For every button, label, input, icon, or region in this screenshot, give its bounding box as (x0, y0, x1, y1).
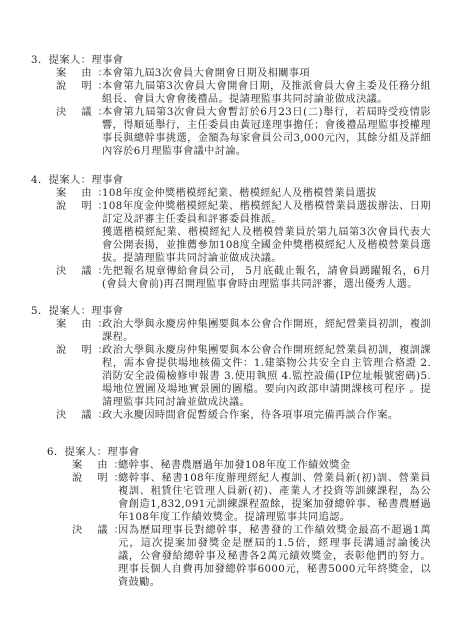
proposal-header: 3．提案人：理事會 (31, 54, 431, 67)
proposal-resolution: 決 議： 政大永慶因時間倉促暫緩合作案，待各項事項完備再談合作案。 (31, 409, 431, 422)
document-page: 3．提案人：理事會 案 由： 本會第九屆3次會員大會開會日期及相關事項 說 明：… (0, 0, 452, 640)
item-label: 決 議： (31, 265, 102, 291)
item-label: 案 由： (31, 318, 102, 344)
proposal-subject: 案 由： 本會第九屆3次會員大會開會日期及相關事項 (31, 67, 431, 80)
item-text: 因為歷屆理事長對總幹事，秘書發的工作績效獎金最高不超過1萬元，這次提案加發獎金是… (118, 524, 431, 589)
item-text: 政大永慶因時間倉促暫緩合作案，待各項事項完備再談合作案。 (102, 409, 431, 422)
item-label: 案 由： (47, 459, 118, 472)
item-text: 本會第九屆第3次會員大會暫訂於6月23日(二)舉行，若屆時受疫情影響，得順延舉行… (102, 106, 431, 158)
item-label: 案 由： (31, 187, 102, 200)
proposal-explanation: 說 明： 本會第九屆第3次會員大會開會日期，及推派會員大會主委及任務分組組長、會… (31, 80, 431, 106)
proposal-subject: 案 由： 總幹事、秘書農曆過年加發108年度工作績效獎金 (47, 459, 431, 472)
item-text: 108年度金仲獎楷模經紀業、楷模經紀人及楷模營業員選拔 (102, 187, 431, 200)
item-text: 政治大學與永慶房仲集團要與本公會合作開班，經紀營業員初訓，複訓課程。 (102, 318, 431, 344)
item-text: 本會第九屆3次會員大會開會日期及相關事項 (102, 67, 431, 80)
proposal-4: 4．提案人：理事會 案 由： 108年度金仲獎楷模經紀業、楷模經紀人及楷模營業員… (31, 174, 431, 291)
item-text: 獲選楷模經紀業、楷模經紀人及楷模營業員於第九屆第3次會員代表大會公開表揚，並推薦… (102, 226, 431, 265)
item-label: 說 明： (31, 344, 102, 409)
proposal-6: 6．提案人：理事會 案 由： 總幹事、秘書農曆過年加發108年度工作績效獎金 說… (47, 446, 431, 589)
item-text: 先把報名規章傳給會員公司， 5月底截止報名，請會員踴躍報名，6月(會員大會前)再… (102, 265, 431, 291)
proposal-resolution: 決 議： 本會第九屆第3次會員大會暫訂於6月23日(二)舉行，若屆時受疫情影響，… (31, 106, 431, 158)
item-label: 案 由： (31, 67, 102, 80)
proposal-explanation: 說 明： 總幹事、秘書108年度辦理經紀人複訓、營業員新(初)訓、營業員複訓、租… (47, 472, 431, 524)
item-label: 說 明： (47, 472, 118, 524)
item-label: 說 明： (31, 200, 102, 265)
proposal-resolution: 決 議： 因為歷屆理事長對總幹事，秘書發的工作績效獎金最高不超過1萬元，這次提案… (47, 524, 431, 589)
item-text: 108年度金仲獎楷模經紀業、楷模經紀人及楷模營業員選拔辦法、日期訂定及評審主任委… (102, 200, 431, 226)
proposal-subject: 案 由： 政治大學與永慶房仲集團要與本公會合作開班，經紀營業員初訓，複訓課程。 (31, 318, 431, 344)
proposal-subject: 案 由： 108年度金仲獎楷模經紀業、楷模經紀人及楷模營業員選拔 (31, 187, 431, 200)
proposal-3: 3．提案人：理事會 案 由： 本會第九屆3次會員大會開會日期及相關事項 說 明：… (31, 54, 431, 158)
proposal-header: 6．提案人：理事會 (47, 446, 431, 459)
proposal-explanation: 說 明： 政治大學與永慶房仲集團要與本公會合作開班經紀營業員初訓，複訓課程，需本… (31, 344, 431, 409)
item-text: 總幹事、秘書農曆過年加發108年度工作績效獎金 (118, 459, 431, 472)
item-label: 決 議： (31, 106, 102, 158)
item-text: 政治大學與永慶房仲集團要與本公會合作開班經紀營業員初訓，複訓課程，需本會提供場地… (102, 344, 431, 409)
item-label: 決 議： (47, 524, 118, 589)
proposal-explanation: 說 明： 108年度金仲獎楷模經紀業、楷模經紀人及楷模營業員選拔辦法、日期訂定及… (31, 200, 431, 265)
item-text: 總幹事、秘書108年度辦理經紀人複訓、營業員新(初)訓、營業員複訓、租賃住宅管理… (118, 472, 431, 524)
proposal-header: 5．提案人：理事會 (31, 305, 431, 318)
item-label: 說 明： (31, 80, 102, 106)
proposal-header: 4．提案人：理事會 (31, 174, 431, 187)
proposal-resolution: 決 議： 先把報名規章傳給會員公司， 5月底截止報名，請會員踴躍報名，6月(會員… (31, 265, 431, 291)
item-text: 本會第九屆第3次會員大會開會日期，及推派會員大會主委及任務分組組長、會員大會會後… (102, 80, 431, 106)
item-label: 決 議： (31, 409, 102, 422)
proposal-5: 5．提案人：理事會 案 由： 政治大學與永慶房仲集團要與本公會合作開班，經紀營業… (31, 305, 431, 422)
